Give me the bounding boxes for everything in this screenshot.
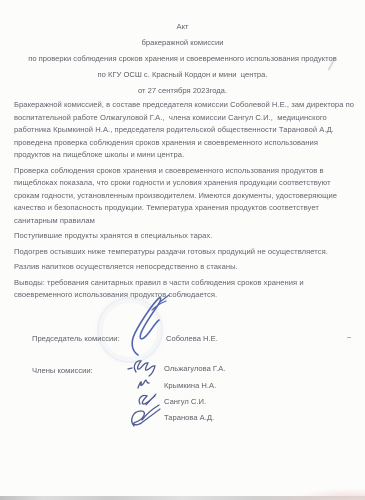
body-paragraph-conclusion: Выводы: требования санитарных правил в ч… — [14, 277, 356, 302]
title-line-commission: бракеражной комиссии — [0, 35, 365, 51]
document-body: Бракеражной комиссией, в составе председ… — [14, 99, 356, 305]
chairman-signature-icon — [108, 293, 172, 359]
body-paragraph-storage: Поступившие продукты хранятся в специаль… — [14, 230, 356, 243]
scan-artifact — [347, 337, 351, 338]
member-name: Ольжагулова Г.А. — [164, 364, 225, 373]
members-label: Члены комиссии: — [32, 366, 93, 375]
body-paragraph-reheating: Подогрев остывших ниже температуры разда… — [14, 246, 356, 259]
scan-edge-shadow — [0, 496, 365, 500]
chairman-name: Соболева Н.Е. — [166, 334, 218, 343]
dash-mark — [128, 368, 132, 369]
title-line-date: от 27 сентября 2023года. — [0, 83, 365, 99]
chairman-label: Председатель комиссии: — [32, 334, 120, 343]
body-paragraph-inspection: Проверка соблюдения сроков хранения и св… — [14, 165, 356, 228]
member-name: Сангул С.И. — [164, 397, 206, 406]
member-name: Крымкина Н.А. — [164, 381, 216, 390]
title-line-organization: по КГУ ОСШ с. Красный Кордон и мини цент… — [0, 67, 365, 83]
member-name: Таранова А.Д. — [164, 413, 214, 422]
body-paragraph-commission: Бракеражной комиссией, в составе председ… — [14, 99, 356, 162]
document-title: Акт — [0, 19, 365, 35]
body-paragraph-drinks: Разлив напитков осуществляется непосредс… — [14, 261, 356, 274]
document-header: Акт бракеражной комиссии по проверки соб… — [0, 19, 365, 99]
title-line-subject: по проверки соблюдения сроков хранения и… — [0, 51, 365, 67]
document-page: Акт бракеражной комиссии по проверки соб… — [0, 0, 365, 500]
